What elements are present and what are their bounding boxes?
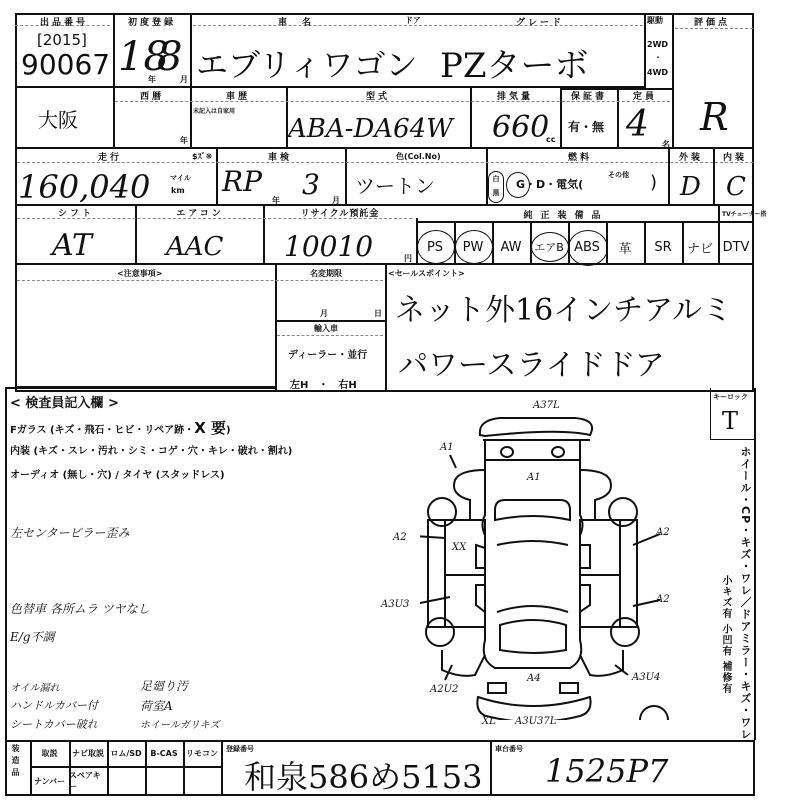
- exterior-label: 外装: [679, 150, 703, 163]
- damage-label: A2: [393, 532, 407, 543]
- divider: [5, 387, 275, 389]
- divider: [17, 162, 753, 163]
- divider: [490, 740, 492, 796]
- divider: [644, 13, 646, 88]
- divider: [275, 264, 277, 392]
- capacity: 4: [626, 104, 649, 145]
- drive-sep: ・: [654, 52, 662, 63]
- inspector-note: ハンドルカバー付: [10, 697, 98, 713]
- glass-line: Fガラス (キズ・飛石・ヒビ・リペア跡・X 要): [10, 417, 231, 438]
- equip-aw: AW: [492, 230, 530, 264]
- divider: [15, 147, 754, 149]
- recycle-label: リサイクル預託金: [301, 206, 380, 219]
- acc-manual: 取説: [30, 741, 69, 766]
- divider: [470, 88, 472, 148]
- genuine-label: 純正装備品: [523, 208, 608, 221]
- drive-2wd: 2WD: [647, 40, 668, 49]
- model-year-label: 車歴: [226, 89, 250, 102]
- first-reg-year-unit: 年: [148, 74, 156, 85]
- damage-label: A3U4: [632, 672, 660, 683]
- displacement: 660: [492, 110, 549, 145]
- divider: [275, 320, 385, 322]
- shift: AT: [52, 228, 92, 263]
- color: ツートン: [355, 170, 435, 199]
- lot-number: 90067: [21, 48, 110, 81]
- lot-no-label: 出品番号: [40, 15, 88, 28]
- location: 大阪: [38, 104, 78, 133]
- sales-point-2: パワースライドドア: [398, 340, 665, 384]
- acc-remote: リモコン: [183, 741, 221, 766]
- grade-label: グレード: [516, 15, 564, 28]
- inspection-month: 3: [302, 168, 320, 201]
- circle-airbag: [531, 232, 569, 262]
- score: R: [700, 95, 729, 139]
- divider: [675, 28, 753, 29]
- inspector-title: < 検査員記入欄 >: [10, 392, 119, 411]
- divider: [617, 88, 619, 148]
- chassis: 1525P7: [545, 752, 668, 790]
- car-name: エブリィワゴン: [196, 40, 417, 86]
- equip-dtv: DTV: [718, 230, 754, 264]
- warranty-value: 有・無: [568, 118, 604, 135]
- import-label: 輸入車: [314, 323, 338, 334]
- interior: C: [726, 172, 746, 202]
- circle-pw: [455, 230, 493, 264]
- inspector-note: 色替車 各所ムラ ツヤなし: [10, 600, 150, 617]
- divider: [385, 264, 387, 392]
- recycle: 10010: [284, 230, 373, 263]
- wheel-note-2: 小キズ有 小凹有 補修有: [718, 575, 733, 694]
- damage-label: A1: [440, 442, 454, 453]
- acc-spare-key: スペアキー: [69, 767, 107, 795]
- fuel-close: ): [650, 172, 657, 193]
- acc-navi-manual: ナビ取説: [69, 741, 107, 766]
- inspector-note: ホイールガリキズ: [140, 716, 220, 731]
- inspector-note: E/g不調: [10, 628, 55, 645]
- inspection-year: RP: [222, 165, 262, 198]
- first-reg-month-unit: 月: [180, 74, 188, 85]
- divider: [672, 13, 674, 149]
- model-type-label: 型式: [366, 89, 390, 102]
- displacement-label: 排気量: [497, 89, 533, 102]
- fuel-options: G・D・電気(: [516, 176, 583, 192]
- divider: [277, 335, 383, 336]
- interior-label: 内装: [723, 150, 747, 163]
- damage-label: A2: [656, 527, 670, 538]
- circle-abs: [568, 230, 608, 266]
- lot-year: [2015]: [37, 31, 87, 49]
- circle-ps: [417, 230, 455, 264]
- divider: [416, 221, 754, 223]
- key-lock-label: キーロック: [713, 392, 748, 402]
- inspector-note: オイル漏れ: [10, 679, 60, 694]
- inspector-note: 左センターピラー歪み: [10, 524, 130, 541]
- car-name-label: 車 名: [278, 15, 314, 28]
- divider: [668, 148, 670, 205]
- equip-sr: SR: [644, 230, 682, 264]
- warranty-label: 保証書: [571, 89, 607, 102]
- model-type: ABA-DA64W: [288, 114, 453, 144]
- sales-point-label: <セールスポイント>: [388, 268, 465, 279]
- divider: [754, 388, 756, 740]
- wheel-note: ホイール・CP・キズ・ワレ／ドアミラー・キズ・ワレ: [737, 446, 753, 740]
- month-unit: 月: [320, 308, 328, 319]
- capacity-label: 定員: [633, 89, 657, 102]
- score-label: 評価点: [694, 15, 730, 28]
- damage-label: A3U3: [381, 599, 409, 610]
- acc-number: ナンバー: [30, 767, 69, 795]
- shift-label: シフト: [58, 206, 94, 219]
- western-year-label: 西暦: [140, 89, 164, 102]
- import-dealer: ディーラー・並行: [288, 346, 367, 361]
- first-reg-month: 8: [157, 34, 182, 80]
- damage-label: A4: [527, 673, 541, 684]
- damage-label: XX: [452, 542, 466, 553]
- exterior: D: [680, 172, 701, 202]
- damage-label: XL: [482, 716, 496, 727]
- audio-tire-line: オーディオ (無し・穴) / タイヤ (スタッドレス): [10, 466, 225, 481]
- grade: PZターボ: [440, 38, 589, 87]
- divider: [113, 86, 115, 148]
- divider: [17, 280, 383, 281]
- divider: [345, 148, 347, 205]
- name-change-label: 名変期限: [310, 268, 342, 279]
- damage-label: A2U2: [430, 684, 458, 695]
- fuel-other: その他: [608, 170, 629, 180]
- divider: [221, 740, 223, 796]
- plate: 和泉586め5153: [244, 752, 483, 798]
- tv-tuner-label: TVチューナー搭: [722, 209, 767, 218]
- equip-navi: ナビ: [682, 230, 718, 264]
- divider: [135, 205, 137, 265]
- damage-label: A1: [527, 472, 541, 483]
- mileage-label: 走行: [98, 150, 122, 163]
- fuel-mark: 白 黒: [488, 171, 504, 203]
- car-diagram-icon: [420, 400, 710, 720]
- key-lock: T: [722, 407, 738, 435]
- fuel-label: 燃料: [568, 150, 592, 163]
- inspector-note: 足廻り汚: [140, 677, 188, 694]
- chassis-label: 車台番号: [495, 744, 523, 754]
- mileage-unit-km: km: [171, 186, 185, 195]
- recycle-unit: 円: [404, 253, 412, 264]
- aircon: AAC: [166, 232, 223, 262]
- meter-label: $ｽﾞ❋: [192, 151, 212, 162]
- model-year-note: 未記入は自家用: [193, 106, 235, 115]
- divider: [216, 148, 218, 205]
- interior-line: 内装 (キズ・スレ・汚れ・シミ・コゲ・穴・キレ・破れ・割れ): [10, 442, 292, 457]
- equip-leather: 革: [606, 230, 644, 264]
- color-label: 色(Col.No): [396, 151, 441, 162]
- acc-rom-sd: ロム/SD: [107, 741, 145, 766]
- inspection-label: 車検: [268, 150, 292, 163]
- divider: [560, 88, 562, 148]
- damage-label: A2: [656, 594, 670, 605]
- drive-4wd: 4WD: [647, 68, 668, 77]
- inspection-year-unit: 年: [272, 195, 280, 206]
- divider: [190, 86, 192, 148]
- first-reg-label: 初度登録: [128, 15, 176, 28]
- damage-label: A37L: [533, 400, 560, 411]
- acc-bcas: B-CAS: [145, 741, 183, 766]
- displacement-unit: cc: [546, 135, 555, 144]
- inspector-note: シートカバー破れ: [10, 716, 98, 732]
- drive-label: 駆動: [647, 15, 663, 26]
- sales-point-1: ネット外16インチアルミ: [395, 285, 732, 329]
- mileage: 160,040: [18, 168, 150, 206]
- inspector-note: 荷室A: [140, 697, 173, 714]
- mileage-unit-mile: マイル: [170, 173, 191, 183]
- door-label: ドア: [405, 15, 421, 26]
- aircon-label: エアコン: [176, 206, 224, 219]
- divider: [263, 205, 265, 265]
- day-unit: 日: [374, 308, 382, 319]
- divider: [713, 148, 715, 205]
- divider: [113, 13, 115, 86]
- inspection-month-unit: 月: [332, 195, 340, 206]
- notes-label: <注意事項>: [117, 268, 162, 279]
- accessories-label: 装造品: [10, 744, 21, 780]
- damage-label: A3U37L: [515, 716, 556, 727]
- year-unit: 年: [180, 135, 188, 146]
- divider: [190, 13, 192, 86]
